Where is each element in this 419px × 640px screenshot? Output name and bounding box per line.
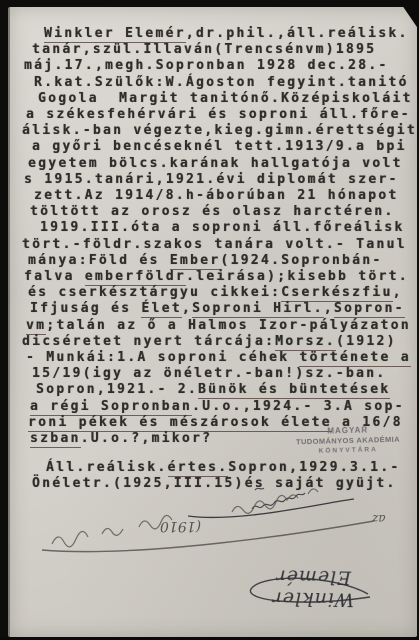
typed-segment: .U.o.?,mikor?	[81, 431, 213, 446]
typed-line: Winkler Elemér,dr.phil.,áll.reálisk.	[44, 26, 419, 42]
typed-line: Ifjuság és Élet,Soproni Hirl.,Sopron-	[30, 301, 419, 317]
typed-segment: emberföldr	[85, 269, 186, 286]
typed-line: egyetem bölcs.karának hallgatója volt	[28, 156, 419, 172]
typed-segment: Soproni Hirl.	[192, 301, 324, 318]
typed-segment: vm	[26, 318, 46, 335]
typed-segment: ,	[324, 301, 334, 316]
typed-segment: (1912)	[336, 334, 397, 349]
typed-segment: Bünök és büntetések	[198, 382, 390, 399]
typed-segment: töltött az orosz és olasz harctéren.	[30, 204, 395, 219]
typed-segment: Morsz.	[275, 334, 336, 351]
typed-line: mánya:Föld és Ember(1924.Sopronbán-	[28, 253, 419, 269]
typed-segment: Sopron,1921.- 2.	[36, 382, 198, 397]
typed-segment: (1924.Sopronbán-	[220, 253, 382, 268]
typed-segment: 1919.III.óta a soproni áll.főreálisk	[40, 220, 405, 235]
typed-line: 1919.III.óta a soproni áll.főreálisk	[40, 220, 419, 236]
typed-segment: álisk.-ban végezte,kieg.gimn.érettségit	[22, 123, 417, 138]
typed-segment: ,	[182, 301, 192, 316]
library-stamp: MAGYAR TUDOMÁNYOS AKADÉMIA KÖNYVTÁRA	[288, 424, 409, 456]
typed-segment: és cserkésztárgyu cikkei:	[28, 285, 281, 300]
scanned-index-card: { "document": { "type": "typewritten bio…	[0, 0, 419, 640]
typed-segment: Sopron-	[334, 301, 405, 318]
typed-segment: egyetem bölcs.karának hallgatója volt	[28, 156, 403, 171]
typed-segment: a régi Sopronban	[30, 399, 192, 416]
typed-segment: a győri bencéseknél tett.1913/9.a bpi	[32, 139, 407, 154]
typed-segment: .U.o.,1924.- 3.A sop-	[192, 399, 405, 414]
typed-segment: máj.17.,megh.Sopronban 1928 dec.28.-	[24, 58, 389, 73]
typed-segment: története a	[299, 350, 410, 367]
typed-line: a székesfehérvári és soproni áll.főre-	[26, 107, 419, 123]
typed-segment: Élet	[141, 301, 182, 318]
typed-segment: - Munkái:1.A soproni céhek	[26, 350, 299, 365]
typed-line: Gogola Margit tanitónő.Középiskoláit	[38, 91, 419, 107]
typed-segment: Ifjuság és	[30, 301, 141, 316]
typed-line: Sopron,1921.- 2.Bünök és büntetések	[36, 382, 419, 398]
typed-segment: Sopron,1929.3.1.-	[228, 460, 400, 475]
typed-segment: roni pékek és mészárosok élete	[28, 415, 332, 432]
typed-segment: ,	[393, 285, 403, 300]
typed-segment: Winkler Elemér	[44, 26, 186, 43]
typed-segment: .leirása);kisebb tört.	[186, 269, 409, 284]
typed-line: falva emberföldr.leirása);kisebb tört.	[24, 269, 419, 285]
typed-segment: tanár,szül.Illaván(Trencsénvm)1895	[32, 42, 376, 57]
typed-line: Áll.reálisk.értes.Sopron,1929.3.1.-	[46, 460, 419, 476]
typed-line: Önéletr.(1925,III.15)és saját gyüjt.	[32, 476, 419, 492]
typed-segment: Áll.reálisk.	[46, 460, 168, 475]
typed-line: - Munkái:1.A soproni céhek története a	[26, 350, 419, 366]
typed-segment: tört.-földr.szakos tanára volt.- Tanul	[22, 237, 407, 252]
typed-line: máj.17.,megh.Sopronban 1928 dec.28.-	[24, 58, 419, 74]
typed-line: álisk.-ban végezte,kieg.gimn.érettségit	[22, 123, 419, 139]
typed-segment: ;talán az ő a Halmos Izor-pályázaton	[46, 318, 411, 333]
typed-line: a győri bencéseknél tett.1913/9.a bpi	[32, 139, 419, 155]
typed-segment: mánya:Föld és	[28, 253, 170, 268]
typed-line: a régi Sopronban.U.o.,1924.- 3.A sop-	[30, 399, 419, 415]
typed-segment: Cserkészfiu	[281, 285, 392, 302]
typed-line: tanár,szül.Illaván(Trencsénvm)1895	[32, 42, 419, 58]
typed-text-block: Winkler Elemér,dr.phil.,áll.reálisk.taná…	[22, 26, 419, 493]
typed-line: 15/19(igy az önéletr.-ban!)sz.-ban.	[32, 366, 419, 382]
typed-segment: zett.Az 1914/8.h-áborúban 21 hónapot	[34, 188, 399, 203]
typed-line: tört.-földr.szakos tanára volt.- Tanul	[22, 237, 419, 253]
typed-segment: s 1915.tanári,1921.évi diplomát szer-	[24, 172, 399, 187]
typed-segment: dicséretet nyert tárcája:	[22, 334, 275, 349]
typed-line: s 1915.tanári,1921.évi diplomát szer-	[24, 172, 419, 188]
typed-segment: Gogola Margit tanitónő.Középiskoláit	[38, 91, 413, 106]
typed-segment: Önéletr.(1925,III.15)és saját gyüjt.	[32, 476, 397, 491]
typed-segment: értes.	[168, 460, 229, 477]
typed-line: töltött az orosz és olasz harctéren.	[30, 204, 419, 220]
typed-segment: 15/19(igy az önéletr.-ban!)sz.-ban.	[32, 366, 386, 381]
typed-line: és cserkésztárgyu cikkei:Cserkészfiu,	[28, 285, 419, 301]
typed-segment: falva	[24, 269, 85, 284]
typed-line: dicséretet nyert tárcája:Morsz.(1912)	[22, 334, 419, 350]
typed-line: vm;talán az ő a Halmos Izor-pályázaton	[26, 318, 419, 334]
typed-segment: ,dr.phil.,áll.reálisk.	[186, 26, 409, 41]
typed-segment: Ember	[170, 253, 221, 270]
typed-segment: R.kat.Szülők:W.Ágoston fegyint.tanitó	[34, 75, 409, 90]
typed-line: zett.Az 1914/8.h-áborúban 21 hónapot	[34, 188, 419, 204]
typed-segment: a székesfehérvári és soproni áll.főre-	[26, 107, 411, 122]
typed-segment: szban	[30, 431, 81, 448]
typed-line: R.kat.Szülők:W.Ágoston fegyint.tanitó	[34, 75, 419, 91]
